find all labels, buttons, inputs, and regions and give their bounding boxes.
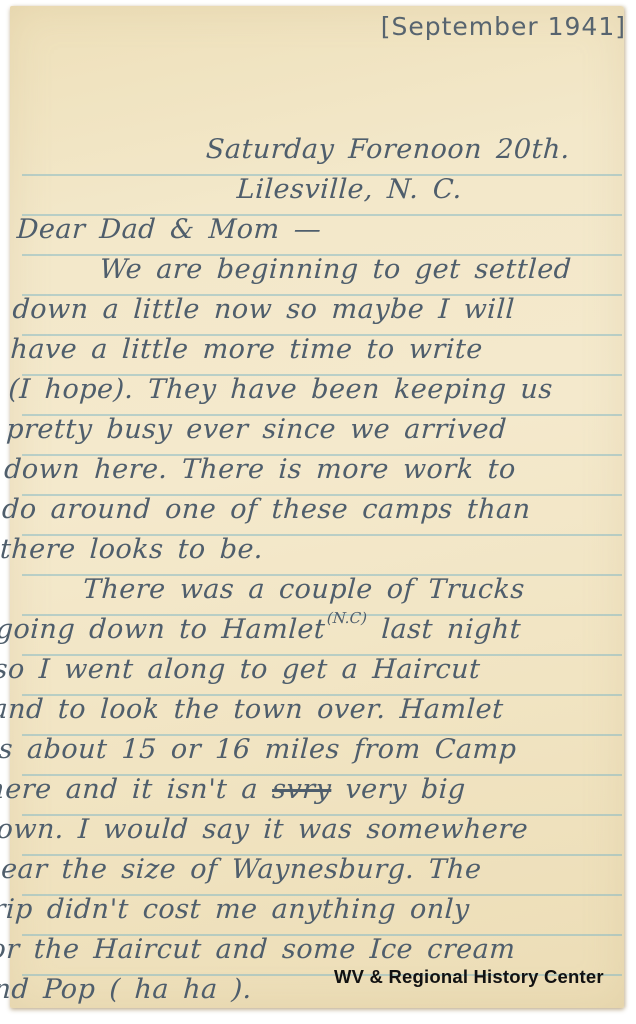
archive-watermark: WV & Regional History Center xyxy=(334,966,604,988)
letter-line: for the Haircut and some Ice cream xyxy=(0,930,580,970)
dateline-place: Lilesville, N. C. xyxy=(236,170,620,210)
letter-line-hamlet: going down to Hamlet(N.C) last night xyxy=(0,610,597,650)
letter-line-text: very big xyxy=(331,774,467,805)
letter-line: near the size of Waynesburg. The xyxy=(0,850,584,890)
letter-line-text: last night xyxy=(367,614,522,645)
letter-line: town. I would say it was somewhere xyxy=(0,810,586,850)
letter-line: trip didn't cost me anything only xyxy=(0,890,582,930)
letter-line: there looks to be. xyxy=(0,530,601,570)
archive-date-annotation: [September 1941] xyxy=(381,12,626,41)
letter-line-text: here and it isn't a xyxy=(0,774,273,805)
letter-body: Saturday Forenoon 20th. Lilesville, N. C… xyxy=(0,130,622,1010)
letter-line: do around one of these camps than xyxy=(1,490,603,530)
letter-line: (I hope). They have been keeping us xyxy=(7,370,609,410)
letter-line-text: going down to Hamlet xyxy=(0,614,326,645)
letter-line: pretty busy ever since we arrived xyxy=(5,410,607,450)
letter-line: is about 15 or 16 miles from Camp xyxy=(0,730,591,770)
letter-line: We are beginning to get settled xyxy=(99,250,616,290)
crossed-out-word: svry xyxy=(271,774,332,805)
superscript-state-note: (N.C) xyxy=(326,609,367,627)
letter-line-strike: here and it isn't a svry very big xyxy=(0,770,588,810)
letter-line: down here. There is more work to xyxy=(3,450,605,490)
letter-line: There was a couple of Trucks xyxy=(82,570,599,610)
letter-line: have a little more time to write xyxy=(9,330,611,370)
letter-line: and to look the town over. Hamlet xyxy=(0,690,593,730)
letter-line: so I went along to get a Haircut xyxy=(0,650,595,690)
letter-line: down a little now so maybe I will xyxy=(12,290,614,330)
dateline-day: Saturday Forenoon 20th. xyxy=(205,130,622,170)
salutation: Dear Dad & Mom — xyxy=(16,210,618,250)
scanned-letter-page: [September 1941] Saturday Forenoon 20th.… xyxy=(0,0,636,1024)
